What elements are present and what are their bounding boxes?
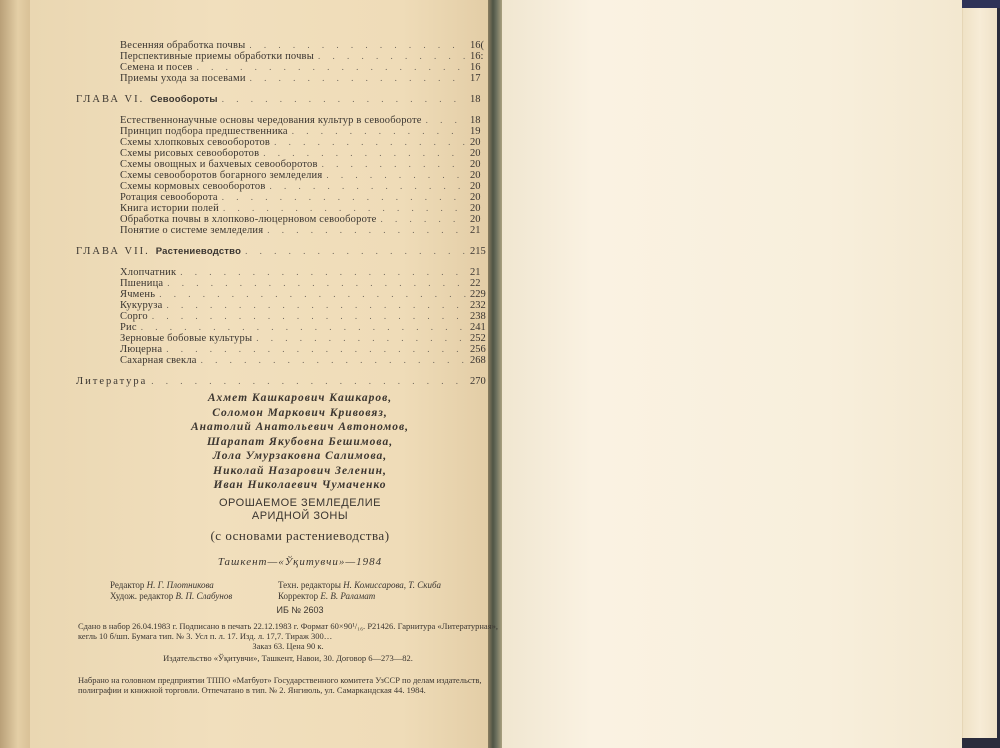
toc-chapter-7: ГЛАВА VII.Растениеводство215 [76,246,494,257]
toc-entry: Схемы рисовых севооборотов20 [76,148,494,159]
toc-entry: Ротация севооборота20 [76,192,494,203]
imprint-details: Сдано в набор 26.04.1983 г. Подписано в … [78,621,498,651]
toc-entry: Кукуруза232 [76,300,494,311]
toc-entry: Сорго238 [76,311,494,322]
toc-literature: Литература270 [76,376,494,387]
author: Иван Николаевич Чумаченко [150,478,450,493]
toc-entry: Принцип подбора предшественника19 [76,126,494,137]
toc-entry: Ячмень229 [76,289,494,300]
toc-entry: Весенняя обработка почвы16( [76,40,494,51]
author: Лола Умурзаковна Салимова, [150,449,450,464]
toc-entry: Понятие о системе земледелия21 [76,225,494,236]
left-page-edge [0,0,30,748]
toc-chapter-6: ГЛАВА VI.Севообороты18 [76,94,494,105]
toc-entry: Люцерна256 [76,344,494,355]
toc-entry: Пшеница22 [76,278,494,289]
author: Шарапат Якубовна Бешимова, [150,435,450,450]
toc-entry: Схемы кормовых севооборотов20 [76,181,494,192]
toc-entry: Перспективные приемы обработки почвы16: [76,51,494,62]
author: Соломон Маркович Кривовяз, [150,406,450,421]
author: Ахмет Кашкарович Кашкаров, [150,391,450,406]
book-subtitle: (с основами растениеводства) [150,528,450,544]
table-of-contents: Весенняя обработка почвы16( Перспективны… [76,40,494,387]
author: Анатолий Анатольевич Автономов, [150,420,450,435]
toc-entry: Приемы ухода за посевами17 [76,73,494,84]
book-title-block: ОРОШАЕМОЕ ЗЕМЛЕДЕЛИЕ АРИДНОЙ ЗОНЫ (с осн… [150,497,450,568]
book-title-line-2: АРИДНОЙ ЗОНЫ [150,510,450,523]
toc-entry: Рис241 [76,322,494,333]
author: Николай Назарович Зеленин, [150,464,450,479]
toc-entry: Книга истории полей20 [76,203,494,214]
toc-entry: Схемы севооборотов богарного земледелия2… [76,170,494,181]
toc-entry: Схемы хлопковых севооборотов20 [76,137,494,148]
toc-entry: Зерновые бобовые культуры252 [76,333,494,344]
printing-details: Набрано на головном предприятии ТППО «Ма… [78,675,498,695]
book-spread-scan: Весенняя обработка почвы16( Перспективны… [0,0,1000,748]
toc-entry: Обработка почвы в хлопково-люцерновом се… [76,214,494,225]
author-list: Ахмет Кашкарович Кашкаров, Соломон Марко… [150,391,450,493]
book-title-line-1: ОРОШАЕМОЕ ЗЕМЛЕДЕЛИЕ [150,497,450,510]
toc-entry: Схемы овощных и бахчевых севооборотов20 [76,159,494,170]
toc-entry: Естественнонаучные основы чередования ку… [76,115,494,126]
publisher-line: Издательство «Ўқитувчи», Ташкент, Навои,… [78,653,498,663]
city-publisher-year: Ташкент—«Ўқитувчи»—1984 [150,556,450,568]
right-page-edge [962,8,997,738]
toc-entry: Сахарная свекла268 [76,355,494,366]
editors-credits: Редактор Н. Г. Плотникова Техн. редактор… [110,580,500,602]
ib-number: ИБ № 2603 [150,605,450,615]
toc-entry: Семена и посев16 [76,62,494,73]
right-page-blank [500,0,962,748]
background-strip [962,0,1000,8]
toc-entry: Хлопчатник21 [76,267,494,278]
